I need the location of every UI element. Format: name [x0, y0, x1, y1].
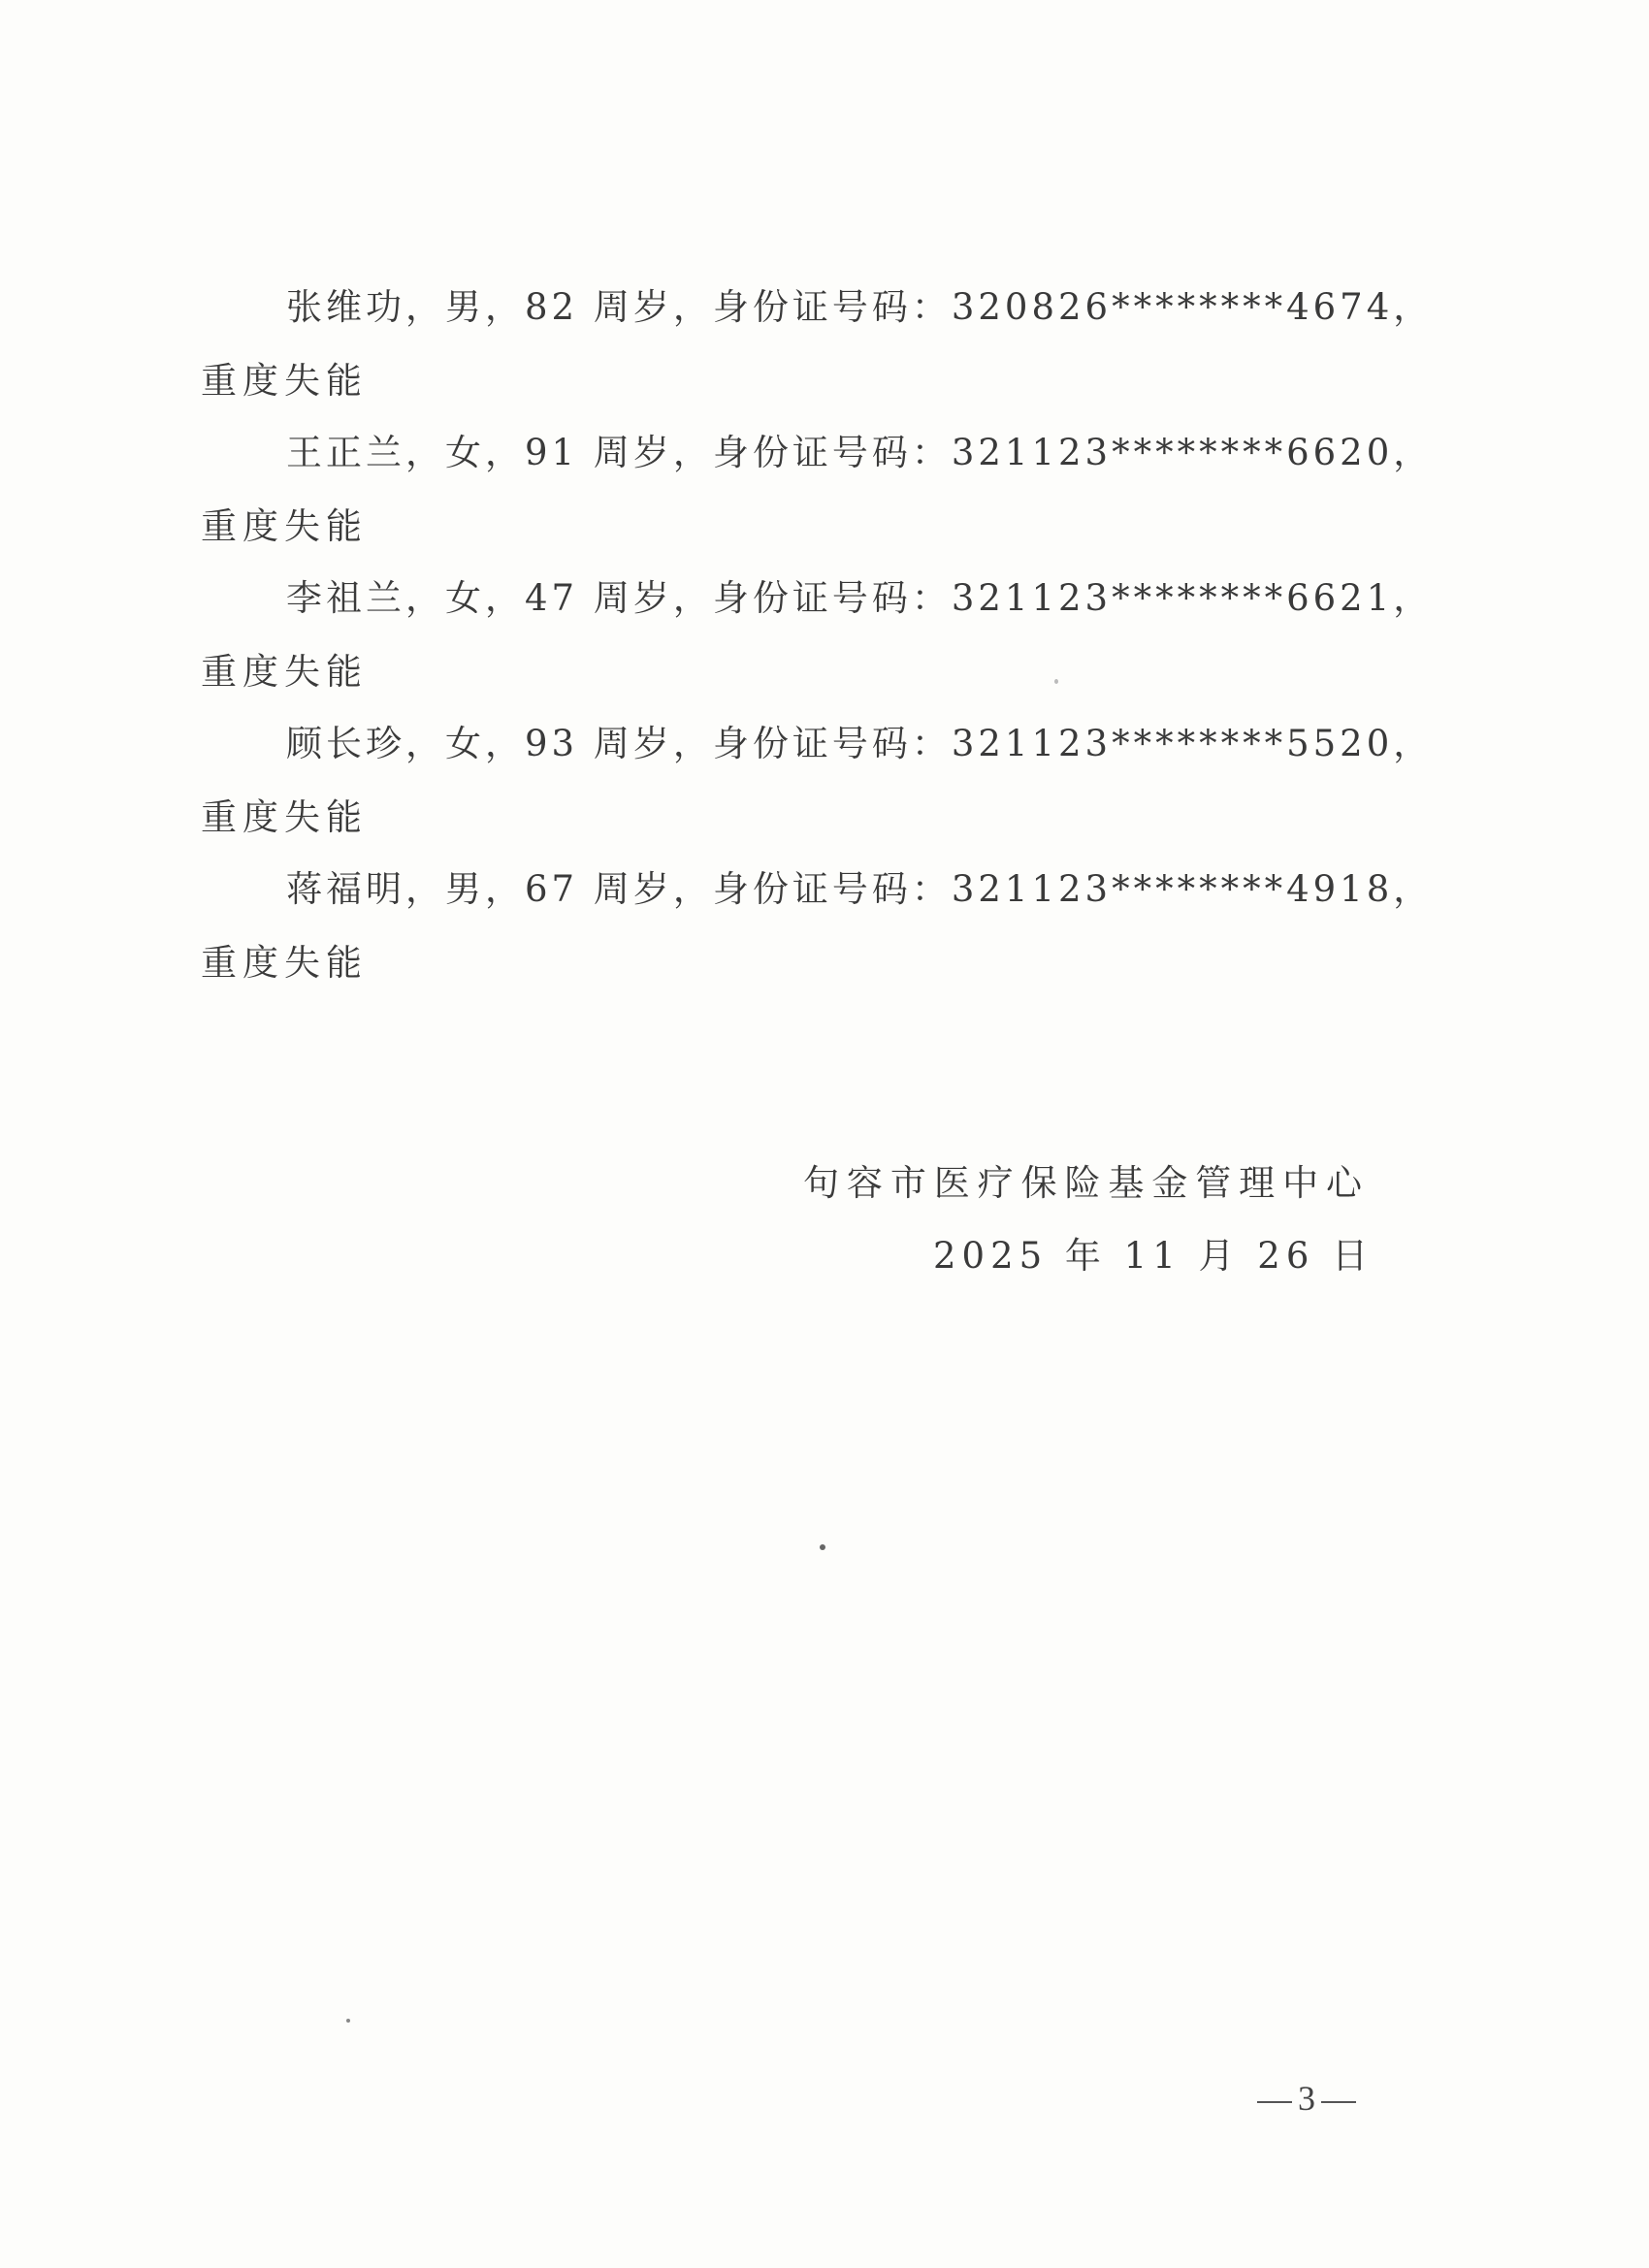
dash-left [1257, 2101, 1292, 2103]
record-1-line: 张维功，男，82 周岁，身份证号码：320826********4674， [286, 283, 1382, 332]
page-number: 3 [1251, 2074, 1362, 2122]
record-5-line: 蒋福明，男，67 周岁，身份证号码：321123********4918， [286, 865, 1382, 914]
record-4-line: 顾长珍，女，93 周岁，身份证号码：321123********5520， [286, 720, 1382, 768]
record-3-line: 李祖兰，女，47 周岁，身份证号码：321123********6621， [286, 574, 1382, 623]
page-number-value: 3 [1298, 2079, 1315, 2118]
record-2-status: 重度失能 [201, 502, 368, 551]
scan-speck [346, 2019, 350, 2023]
issuing-organization: 句容市医疗保险基金管理中心 [803, 1159, 1364, 1208]
record-3-status: 重度失能 [201, 648, 368, 697]
record-2-line: 王正兰，女，91 周岁，身份证号码：321123********6620， [286, 429, 1382, 477]
issue-date: 2025 年 11 月 26 日 [933, 1232, 1374, 1280]
record-4-status: 重度失能 [201, 794, 368, 842]
scan-speck [820, 1544, 825, 1550]
dash-right [1321, 2101, 1356, 2103]
record-1-status: 重度失能 [201, 357, 368, 405]
scan-speck [1054, 679, 1058, 684]
record-5-status: 重度失能 [201, 939, 368, 988]
